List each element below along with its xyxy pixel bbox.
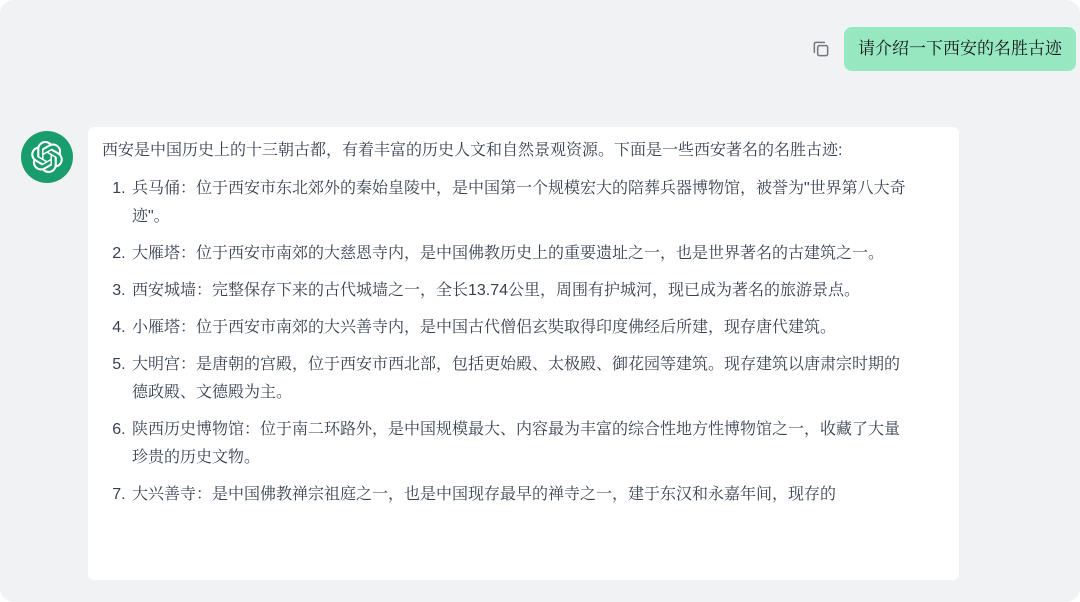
chat-screen: 请介绍一下西安的名胜古迹 西安是中国历史上的十三朝古都，有着丰富的历史人文和自然… bbox=[0, 0, 1080, 602]
list-item: 西安城墙：完整保存下来的古代城墙之一，全长13.74公里，周围有护城河，现已成为… bbox=[130, 277, 909, 305]
list-item: 兵马俑：位于西安市东北郊外的秦始皇陵中，是中国第一个规模宏大的陪葬兵器博物馆，被… bbox=[130, 175, 909, 231]
user-message-text: 请介绍一下西安的名胜古迹 bbox=[858, 39, 1062, 58]
list-item: 小雁塔：位于西安市南郊的大兴善寺内，是中国古代僧侣玄奘取得印度佛经后所建，现存唐… bbox=[130, 314, 909, 342]
copy-icon-glyph bbox=[811, 39, 831, 59]
list-item: 大明宫：是唐朝的宫殿，位于西安市西北部，包括更始殿、太极殿、御花园等建筑。现存建… bbox=[130, 351, 909, 407]
list-item: 陕西历史博物馆：位于南二环路外，是中国规模最大、内容最为丰富的综合性地方性博物馆… bbox=[130, 416, 909, 472]
copy-icon[interactable] bbox=[811, 39, 831, 59]
list-item: 大兴善寺：是中国佛教禅宗祖庭之一，也是中国现存最早的禅寺之一，建于东汉和永嘉年间… bbox=[130, 481, 909, 509]
attractions-list: 兵马俑：位于西安市东北郊外的秦始皇陵中，是中国第一个规模宏大的陪葬兵器博物馆，被… bbox=[102, 175, 909, 509]
chatgpt-avatar bbox=[21, 131, 73, 183]
user-message-row: 请介绍一下西安的名胜古迹 bbox=[811, 27, 1076, 71]
assistant-message: 西安是中国历史上的十三朝古都，有着丰富的历史人文和自然景观资源。下面是一些西安著… bbox=[88, 127, 959, 580]
user-message-bubble: 请介绍一下西安的名胜古迹 bbox=[844, 27, 1076, 71]
list-item: 大雁塔：位于西安市南郊的大慈恩寺内，是中国佛教历史上的重要遗址之一，也是世界著名… bbox=[130, 240, 909, 268]
openai-logo-icon bbox=[31, 141, 63, 173]
assistant-intro: 西安是中国历史上的十三朝古都，有着丰富的历史人文和自然景观资源。下面是一些西安著… bbox=[102, 137, 909, 165]
